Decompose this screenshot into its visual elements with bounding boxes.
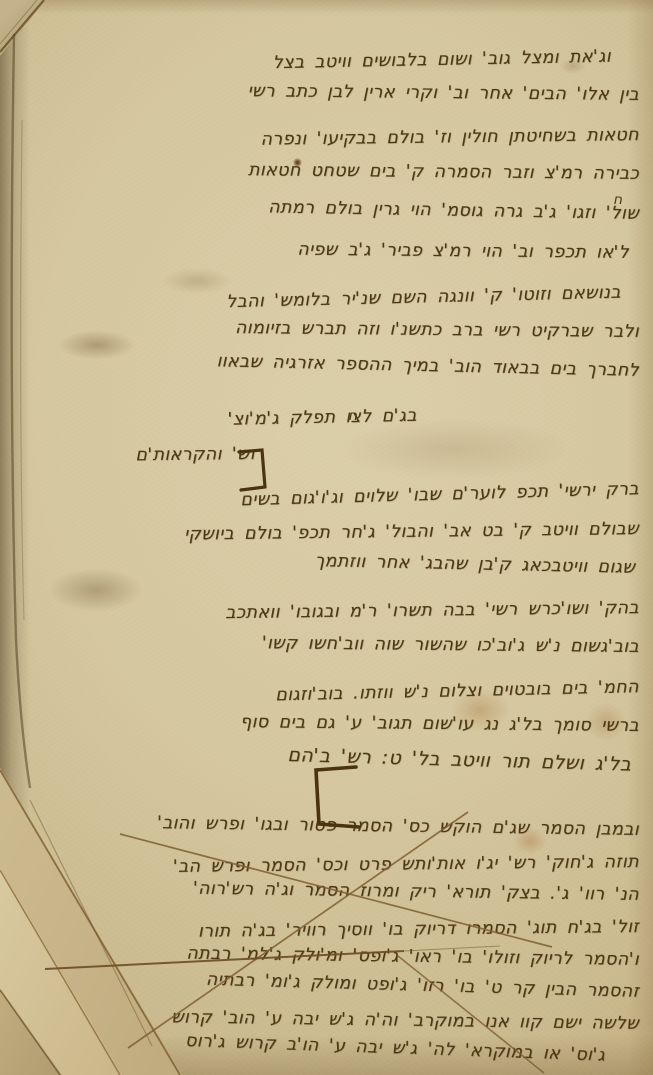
text-block-upper: וג'את ומצל גוב' ושום בלבושים וויטב בצל ב… [4,37,645,786]
manuscript-line: בין אלו' הבים' אחר וב' וקרי ארין לבן כתב… [4,70,645,116]
text-block-crossed: ובמבן הסמר שג'ם הוקש כס' הסמר פטור ובגו'… [4,814,645,1073]
manuscript-line: ל'או תכפר וב' הוי רמ'צ פביר' ג'ב שפיה [4,228,645,274]
manuscript-scan: { "manuscript": { "language": "Hebrew", … [0,0,653,1075]
manuscript-line: בוב'גשום נ'ש ג'וב'כו שהשור שוה ווב'חשו ק… [4,622,645,668]
interlinear-insertion: ח [348,408,357,424]
manuscript-line: וש' והקראות'ם [4,431,645,477]
interlinear-insertion: ח [613,192,622,208]
